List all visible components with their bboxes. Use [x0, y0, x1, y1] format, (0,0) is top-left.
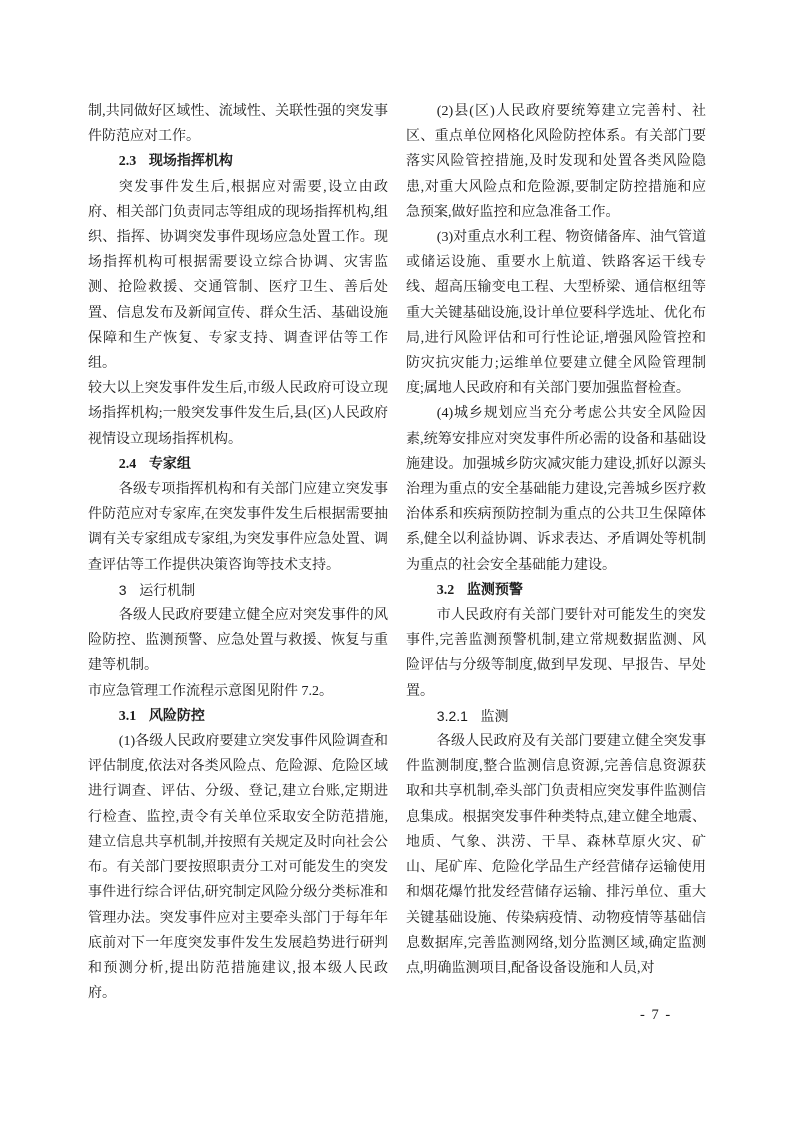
- paragraph: 较大以上突发事件发生后,市级人民政府可设立现场指挥机构;一般突发事件发生后,县(…: [88, 376, 388, 452]
- section-heading: 2.4专家组: [88, 452, 388, 477]
- paragraph: 各级专项指挥机构和有关部门应建立突发事件防范应对专家库,在突发事件发生后根据需要…: [88, 477, 388, 578]
- section-heading-number: 3: [119, 582, 127, 598]
- section-heading: 3.1风险防控: [88, 704, 388, 729]
- document-page: 制,共同做好区域性、流域性、关联性强的突发事件防范应对工作。2.3现场指挥机构突…: [0, 0, 793, 1122]
- paragraph: 各级人民政府要建立健全应对突发事件的风险防控、监测预警、应急处置与救援、恢复与重…: [88, 603, 388, 679]
- section-heading-number: 3.2.1: [437, 708, 468, 724]
- section-heading: 2.3现场指挥机构: [88, 149, 388, 174]
- paragraph: (2)县(区)人民政府要统筹建立完善村、社区、重点单位网格化风险防控体系。有关部…: [406, 99, 706, 225]
- section-heading: 3.2.1监测: [406, 704, 706, 729]
- section-heading-title: 风险防控: [149, 709, 205, 724]
- paragraph: 各级人民政府及有关部门要建立健全突发事件监测制度,整合监测信息资源,完善信息资源…: [406, 729, 706, 981]
- paragraph: 市人民政府有关部门要针对可能发生的突发事件,完善监测预警机制,建立常规数据监测、…: [406, 603, 706, 704]
- paragraph: 制,共同做好区域性、流域性、关联性强的突发事件防范应对工作。: [88, 99, 388, 149]
- paragraph: (1)各级人民政府要建立突发事件风险调查和评估制度,依法对各类风险点、危险源、危…: [88, 729, 388, 1006]
- right-column: (2)县(区)人民政府要统筹建立完善村、社区、重点单位网格化风险防控体系。有关部…: [406, 99, 706, 981]
- section-heading-title: 监测: [481, 708, 509, 724]
- section-heading-number: 2.3: [119, 154, 137, 169]
- section-heading-title: 运行机制: [139, 582, 195, 598]
- page-number: - 7 -: [640, 1003, 672, 1028]
- section-heading-title: 专家组: [149, 457, 191, 472]
- section-heading-number: 3.1: [119, 709, 137, 724]
- section-heading: 3运行机制: [88, 578, 388, 603]
- section-heading-title: 监测预警: [467, 583, 523, 598]
- paragraph: 市应急管理工作流程示意图见附件 7.2。: [88, 679, 388, 704]
- section-heading-title: 现场指挥机构: [149, 154, 233, 169]
- section-heading: 3.2监测预警: [406, 578, 706, 603]
- section-heading-number: 3.2: [437, 583, 455, 598]
- paragraph: (4)城乡规划应当充分考虑公共安全风险因素,统筹安排应对突发事件所必需的设备和基…: [406, 401, 706, 577]
- section-heading-number: 2.4: [119, 457, 137, 472]
- paragraph: (3)对重点水利工程、物资储备库、油气管道或储运设施、重要水上航道、铁路客运干线…: [406, 225, 706, 401]
- paragraph: 突发事件发生后,根据应对需要,设立由政府、相关部门负责同志等组成的现场指挥机构,…: [88, 175, 388, 377]
- left-column: 制,共同做好区域性、流域性、关联性强的突发事件防范应对工作。2.3现场指挥机构突…: [88, 99, 388, 1006]
